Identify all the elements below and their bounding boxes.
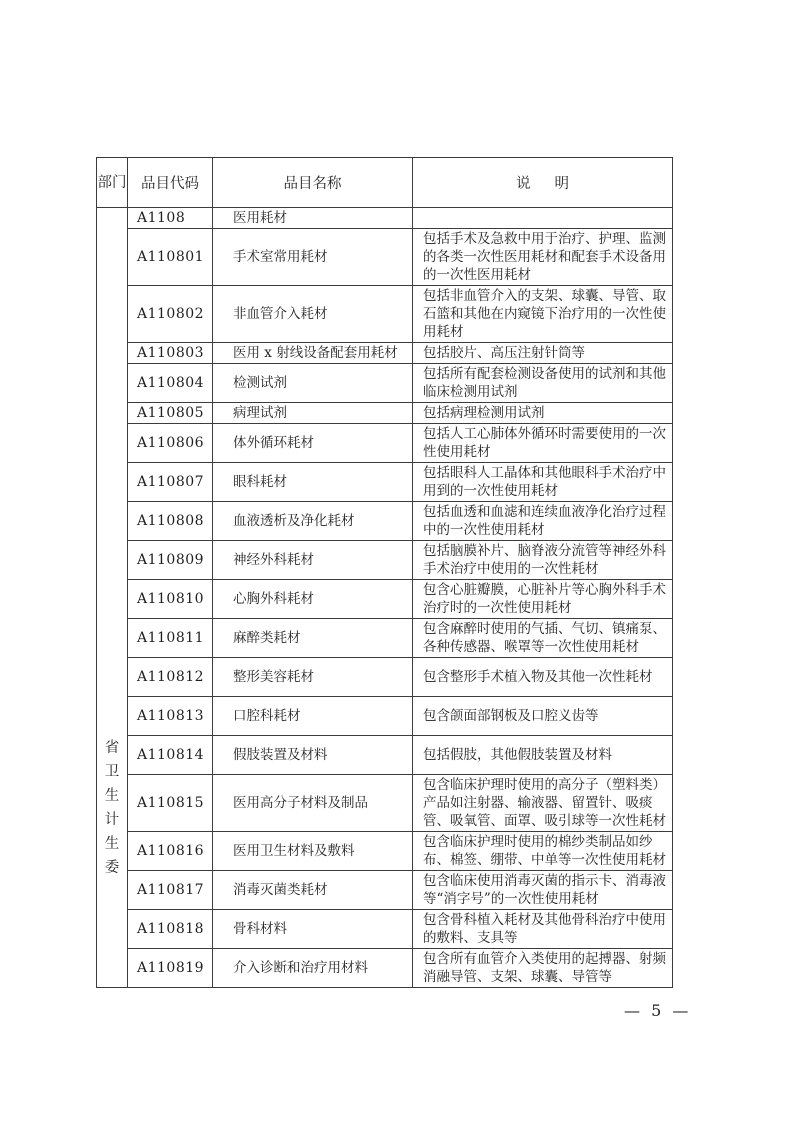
table-row: A110815 医用高分子材料及制品 包含临床护理时使用的高分子（塑料类）产品如… (97, 775, 673, 832)
table-row: A110803 医用 x 射线设备配套用耗材 包括胶片、高压注射针筒等 (97, 343, 673, 364)
item-code: A110814 (128, 736, 213, 775)
item-code: A110801 (128, 229, 213, 286)
table-row: A110809 神经外科耗材 包括脑膜补片、脑脊液分流管等神经外科手术治疗中使用… (97, 541, 673, 580)
item-name: 整形美容耗材 (213, 658, 413, 697)
item-name: 体外循环耗材 (213, 424, 413, 463)
header-description-label: 说明 (516, 176, 593, 192)
table-row: A110812 整形美容耗材 包含整形手术植入物及其他一次性耗材 (97, 658, 673, 697)
table-row: A110814 假肢装置及材料 包括假肢，其他假肢装置及材料 (97, 736, 673, 775)
item-description: 包含临床护理时使用的高分子（塑料类）产品如注射器、输液器、留置针、吸痰管、吸氧管… (413, 775, 673, 832)
item-code: A110809 (128, 541, 213, 580)
item-code: A110805 (128, 403, 213, 424)
item-name: 口腔科耗材 (213, 697, 413, 736)
header-code: 品目代码 (128, 158, 213, 208)
item-name: 非血管介入耗材 (213, 286, 413, 343)
item-description: 包括胶片、高压注射针筒等 (413, 343, 673, 364)
item-description: 包含心脏瓣膜，心脏补片等心胸外科手术治疗时的一次性使用耗材 (413, 580, 673, 619)
item-name: 骨科材料 (213, 910, 413, 949)
item-name: 麻醉类耗材 (213, 619, 413, 658)
table-row: A110802 非血管介入耗材 包括非血管介入的支架、球囊、导管、取石篮和其他在… (97, 286, 673, 343)
table-row: A110810 心胸外科耗材 包含心脏瓣膜，心脏补片等心胸外科手术治疗时的一次性… (97, 580, 673, 619)
item-code: A110813 (128, 697, 213, 736)
table-row: A110808 血液透析及净化耗材 包括血透和血滤和连续血液净化治疗过程中的一次… (97, 502, 673, 541)
table-row: A110817 消毒灭菌类耗材 包含临床使用消毒灭菌的指示卡、消毒液等“消字号”… (97, 871, 673, 910)
item-name: 医用高分子材料及制品 (213, 775, 413, 832)
item-name: 病理试剂 (213, 403, 413, 424)
item-code: A110812 (128, 658, 213, 697)
item-code: A110810 (128, 580, 213, 619)
item-description: 包括人工心肺体外循环时需要使用的一次性使用耗材 (413, 424, 673, 463)
header-row: 部门 品目代码 品目名称 说明 (97, 158, 673, 208)
department-cell: 省卫生计生委 (97, 208, 128, 988)
table-row: A110819 介入诊断和治疗用材料 包含所有血管介入类使用的起搏器、射频消融导… (97, 949, 673, 988)
item-description (413, 208, 673, 229)
item-description: 包含骨科植入耗材及其他骨科治疗中使用的敷料、支具等 (413, 910, 673, 949)
item-code: A110817 (128, 871, 213, 910)
item-code: A110818 (128, 910, 213, 949)
table-row: A110805 病理试剂 包括病理检测用试剂 (97, 403, 673, 424)
item-name: 医用卫生材料及敷料 (213, 832, 413, 871)
table-row: A110816 医用卫生材料及敷料 包含临床护理时使用的棉纱类制品如纱布、棉签、… (97, 832, 673, 871)
table-row: A110804 检测试剂 包括所有配套检测设备使用的试剂和其他临床检测用试剂 (97, 364, 673, 403)
item-code: A110808 (128, 502, 213, 541)
item-name: 手术室常用耗材 (213, 229, 413, 286)
item-name: 检测试剂 (213, 364, 413, 403)
item-code: A110806 (128, 424, 213, 463)
item-name: 医用耗材 (213, 208, 413, 229)
item-code: A110803 (128, 343, 213, 364)
header-description: 说明 (413, 158, 673, 208)
table-row: 省卫生计生委A1108 医用耗材 (97, 208, 673, 229)
item-name: 医用 x 射线设备配套用耗材 (213, 343, 413, 364)
item-name: 神经外科耗材 (213, 541, 413, 580)
item-code: A110819 (128, 949, 213, 988)
item-description: 包括所有配套检测设备使用的试剂和其他临床检测用试剂 (413, 364, 673, 403)
item-name: 血液透析及净化耗材 (213, 502, 413, 541)
item-description: 包括病理检测用试剂 (413, 403, 673, 424)
item-description: 包含颌面部钢板及口腔义齿等 (413, 697, 673, 736)
item-code: A110802 (128, 286, 213, 343)
item-description: 包含整形手术植入物及其他一次性耗材 (413, 658, 673, 697)
header-name: 品目名称 (213, 158, 413, 208)
item-name: 介入诊断和治疗用材料 (213, 949, 413, 988)
page-number: — 5 — (624, 1001, 691, 1020)
item-name: 眼科耗材 (213, 463, 413, 502)
document-page: 部门 品目代码 品目名称 说明 省卫生计生委A1108 医用耗材 A110801… (0, 0, 794, 1122)
item-code: A110815 (128, 775, 213, 832)
item-description: 包含临床护理时使用的棉纱类制品如纱布、棉签、绷带、中单等一次性使用耗材 (413, 832, 673, 871)
table-row: A110811 麻醉类耗材 包含麻醉时使用的气插、气切、镇痛泵、各种传感器、喉罩… (97, 619, 673, 658)
table-row: A110813 口腔科耗材 包含颌面部钢板及口腔义齿等 (97, 697, 673, 736)
item-description: 包括假肢，其他假肢装置及材料 (413, 736, 673, 775)
item-code: A110807 (128, 463, 213, 502)
item-name: 假肢装置及材料 (213, 736, 413, 775)
item-name: 心胸外科耗材 (213, 580, 413, 619)
table-row: A110818 骨科材料 包含骨科植入耗材及其他骨科治疗中使用的敷料、支具等 (97, 910, 673, 949)
item-name: 消毒灭菌类耗材 (213, 871, 413, 910)
item-description: 包含所有血管介入类使用的起搏器、射频消融导管、支架、球囊、导管等 (413, 949, 673, 988)
table-row: A110806 体外循环耗材 包括人工心肺体外循环时需要使用的一次性使用耗材 (97, 424, 673, 463)
item-code: A110811 (128, 619, 213, 658)
item-code: A1108 (128, 208, 213, 229)
item-description: 包括血透和血滤和连续血液净化治疗过程中的一次性使用耗材 (413, 502, 673, 541)
item-description: 包含临床使用消毒灭菌的指示卡、消毒液等“消字号”的一次性使用耗材 (413, 871, 673, 910)
item-description: 包括脑膜补片、脑脊液分流管等神经外科手术治疗中使用的一次性耗材 (413, 541, 673, 580)
item-code: A110816 (128, 832, 213, 871)
header-department: 部门 (97, 158, 128, 208)
item-description: 包括非血管介入的支架、球囊、导管、取石篮和其他在内窥镜下治疗用的一次性使用耗材 (413, 286, 673, 343)
item-description: 包括眼科人工晶体和其他眼科手术治疗中用到的一次性使用耗材 (413, 463, 673, 502)
table-row: A110807 眼科耗材 包括眼科人工晶体和其他眼科手术治疗中用到的一次性使用耗… (97, 463, 673, 502)
department-label: 省卫生计生委 (104, 736, 120, 880)
catalog-table: 部门 品目代码 品目名称 说明 省卫生计生委A1108 医用耗材 A110801… (96, 157, 673, 988)
table-row: A110801 手术室常用耗材 包括手术及急救中用于治疗、护理、监测的各类一次性… (97, 229, 673, 286)
item-description: 包括手术及急救中用于治疗、护理、监测的各类一次性医用耗材和配套手术设备用的一次性… (413, 229, 673, 286)
item-code: A110804 (128, 364, 213, 403)
item-description: 包含麻醉时使用的气插、气切、镇痛泵、各种传感器、喉罩等一次性使用耗材 (413, 619, 673, 658)
